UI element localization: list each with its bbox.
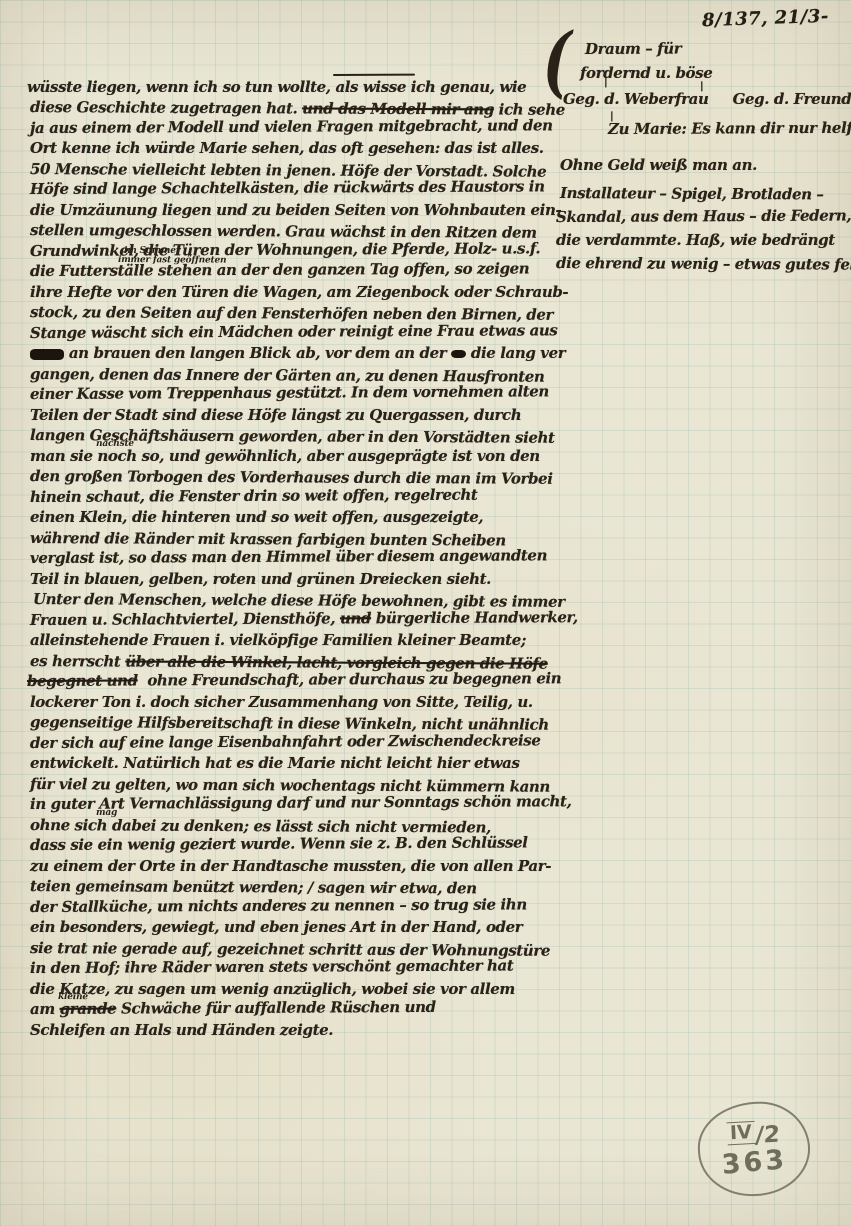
handwritten-line: einer Kasse vom Treppenhaus gestützt. In… — [30, 384, 549, 402]
text-run: fordernd u. böse — [580, 64, 712, 82]
text-run: teien gemeinsam benützt werden; / sagen … — [30, 877, 477, 897]
handwritten-line: die Umzäunung liegen und zu beiden Seite… — [30, 203, 561, 218]
handwritten-line: begegnet und ohne Freundschaft, aber dur… — [27, 671, 561, 689]
handwritten-line: den großen Torbogen des Vorderhauses dur… — [30, 469, 553, 487]
text-run: es herrscht — [30, 652, 125, 670]
text-run: die Futterställe stehen an der den ganze… — [30, 259, 529, 280]
handwritten-line: ja aus einem der Modell und vielen Frage… — [30, 118, 553, 136]
handwritten-line: Stange wäscht sich ein Mädchen oder rein… — [30, 323, 558, 341]
stamp-roman-numeral: IV — [726, 1120, 755, 1144]
text-run: bürgerliche Handwerker, — [371, 608, 578, 627]
text-run: ein besonders, gewiegt, und eben jenes A… — [30, 918, 522, 936]
handwritten-line: Frauen u. Schlachtviertel, Diensthöfe, u… — [30, 610, 578, 628]
struck-text: und das Modell mir ang — [302, 99, 494, 118]
struck-text: und — [340, 609, 371, 627]
handwritten-line: Teil in blauen, gelben, roten und grünen… — [30, 572, 491, 587]
text-run: einer Kasse vom Treppenhaus gestützt. In… — [30, 382, 549, 403]
handwritten-line: Schleifen an Hals und Händen zeigte. — [30, 1023, 333, 1038]
text-run: wüsste liegen, wenn ich so tun wollte, a… — [27, 78, 526, 96]
ink-blot — [451, 350, 466, 358]
handwritten-line: der sich auf eine lange Eisenbahnfahrt o… — [30, 733, 541, 751]
text-run: Höfe sind lange Schachtelkästen, die rüc… — [30, 177, 545, 198]
text-run: die ehrend zu wenig – etwas gutes fehlte… — [556, 254, 851, 274]
text-run: alleinstehende Frauen i. vielköpfige Fam… — [30, 631, 526, 649]
text-run: gegenseitige Hilfsbereitschaft in diese … — [30, 713, 549, 734]
text-run: Zu Marie: Es kann dir nur helfen. — [608, 119, 851, 138]
text-run: am — [30, 1000, 60, 1018]
handwritten-line: Höfe sind lange Schachtelkästen, die rüc… — [30, 179, 545, 197]
struck-text: grande — [60, 1000, 117, 1018]
text-run: an brauen den langen Blick ab, vor dem a… — [64, 344, 451, 362]
stamp-item-number: 363 — [721, 1144, 789, 1181]
handwritten-line: Unter den Menschen, welche diese Höfe be… — [33, 592, 565, 610]
text-run: diese Geschichte zugetragen hat. — [30, 98, 302, 117]
text-run: Skandal, aus dem Haus – die Federn, — [556, 206, 851, 226]
text-run: man sie noch so, und gewöhnlich, aber au… — [30, 447, 540, 465]
text-run: der Stallküche, um nichts anderes zu nen… — [30, 895, 527, 916]
text-run: Frauen u. Schlachtviertel, Diensthöfe, — [30, 609, 340, 629]
text-run: Schleifen an Hals und Händen zeigte. — [30, 1021, 333, 1039]
handwritten-line: ohne sich dabei zu denken; es lässt sich… — [30, 818, 491, 835]
text-run: stellen umgeschlossen werden. Grau wächs… — [30, 221, 537, 242]
text-run: die verdammte. Haß, wie bedrängt — [556, 231, 835, 249]
handwritten-line: zu einem der Orte in der Handtasche muss… — [30, 859, 551, 874]
text-run: ja aus einem der Modell und vielen Frage… — [30, 116, 553, 137]
stamp-suffix: /2 — [754, 1123, 780, 1147]
handwritten-line: Geg. d. Weberfrau Geg. d. Freunden — [563, 92, 851, 107]
handwritten-line: ein besonders, gewiegt, und eben jenes A… — [30, 920, 522, 935]
text-run: Ohne Geld weiß man an. — [560, 156, 757, 174]
pen-stroke — [333, 74, 415, 77]
text-run: Draum – für — [585, 39, 681, 58]
handwritten-line: Grundwinkel, die Türen der Wohnungen, di… — [30, 241, 540, 259]
ink-blot — [30, 349, 64, 360]
text-run: die lang ver — [466, 344, 565, 362]
handwritten-line: dass sie ein wenig geziert wurde. Wenn s… — [30, 835, 528, 853]
text-run: lockerer Ton i. doch sicher Zusammenhang… — [30, 693, 533, 711]
text-run: Teil in blauen, gelben, roten und grünen… — [30, 570, 491, 588]
handwritten-line: lockerer Ton i. doch sicher Zusammenhang… — [30, 695, 533, 710]
page-number: 8/137, 21/3- — [702, 6, 829, 31]
text-run: den großen Torbogen des Vorderhauses dur… — [30, 467, 553, 488]
text-run: die Umzäunung liegen und zu beiden Seite… — [30, 201, 561, 219]
text-run: entwickelt. Natürlich hat es die Marie n… — [30, 754, 520, 772]
text-run: in den Hof; ihre Räder waren stets versc… — [30, 956, 513, 977]
handwritten-line: hinein schaut, die Fenster drin so weit … — [30, 488, 478, 505]
handwritten-line: verglast ist, so dass man den Himmel übe… — [30, 548, 547, 566]
text-run: ohne Freundschaft, aber durchaus zu bege… — [138, 669, 562, 689]
handwritten-line: an brauen den langen Blick ab, vor dem a… — [30, 346, 565, 361]
text-run: Ort kenne ich würde Marie sehen, das oft… — [30, 139, 544, 157]
text-run: Schwäche für auffallende Rüschen und — [116, 998, 435, 1018]
handwritten-line: gegenseitige Hilfsbereitschaft in diese … — [30, 715, 549, 733]
handwritten-line: Ohne Geld weiß man an. — [560, 158, 757, 173]
archive-stamp: IV/2 363 — [696, 1099, 813, 1199]
handwritten-line: die ehrend zu wenig – etwas gutes fehlte… — [556, 256, 851, 273]
insertion-mark: | — [604, 78, 607, 88]
text-run: dass sie ein wenig geziert wurde. Wenn s… — [30, 833, 528, 854]
text-run: Teilen der Stadt sind diese Höfe längst … — [30, 406, 521, 424]
handwritten-line: Zu Marie: Es kann dir nur helfen. — [608, 121, 851, 137]
handwritten-line: Draum – für — [585, 41, 681, 57]
handwritten-line: die verdammte. Haß, wie bedrängt — [556, 233, 835, 248]
handwritten-line: entwickelt. Natürlich hat es die Marie n… — [30, 756, 520, 771]
text-run: Stange wäscht sich ein Mädchen oder rein… — [30, 321, 558, 342]
handwritten-line: Installateur – Spigel, Brotladen – — [560, 186, 824, 202]
handwritten-line: diese Geschichte zugetragen hat. und das… — [30, 100, 565, 118]
handwritten-line: alleinstehende Frauen i. vielköpfige Fam… — [30, 633, 526, 648]
text-run: Geg. d. Weberfrau Geg. d. Freunden — [563, 90, 851, 108]
handwritten-line: ihre Hefte vor den Türen die Wagen, am Z… — [30, 285, 568, 300]
handwritten-line: während die Ränder mit krassen farbigen … — [30, 531, 506, 548]
text-run: hinein schaut, die Fenster drin so weit … — [30, 486, 478, 506]
handwritten-line: Teilen der Stadt sind diese Höfe längst … — [30, 408, 521, 423]
text-run: ihre Hefte vor den Türen die Wagen, am Z… — [30, 283, 568, 301]
handwritten-line: die Futterställe stehen an der den ganze… — [30, 261, 529, 279]
handwritten-line: am grande Schwäche für auffallende Rüsch… — [30, 1000, 436, 1017]
text-run: die Katze, zu sagen um wenig anzüglich, … — [30, 980, 515, 998]
handwritten-line: Ort kenne ich würde Marie sehen, das oft… — [30, 141, 544, 156]
handwritten-line: der Stallküche, um nichts anderes zu nen… — [30, 897, 527, 915]
manuscript-page: 8/137, 21/3- ( wüsste liegen, wenn ich s… — [0, 0, 851, 1226]
handwritten-line: Skandal, aus dem Haus – die Federn, — [556, 208, 851, 225]
handwritten-line: fordernd u. böse — [580, 66, 712, 81]
text-run: einen Klein, die hinteren und so weit of… — [30, 508, 483, 526]
stamp-class-number: IV/2 — [726, 1119, 779, 1145]
handwritten-line: in den Hof; ihre Räder waren stets versc… — [30, 958, 513, 976]
handwritten-line: stock, zu den Seiten auf den Fensterhöfe… — [30, 305, 553, 323]
text-run: zu einem der Orte in der Handtasche muss… — [30, 857, 551, 875]
handwritten-line: stellen umgeschlossen werden. Grau wächs… — [30, 223, 537, 241]
text-run: | — [604, 77, 607, 88]
handwritten-line: teien gemeinsam benützt werden; / sagen … — [30, 879, 477, 896]
text-run: stock, zu den Seiten auf den Fensterhöfe… — [30, 303, 553, 324]
text-run: Grundwinkel, die Türen der Wohnungen, di… — [30, 239, 540, 260]
struck-text: begegnet und — [27, 671, 138, 690]
handwritten-line: wüsste liegen, wenn ich so tun wollte, a… — [27, 80, 526, 95]
text-run: verglast ist, so dass man den Himmel übe… — [30, 546, 547, 567]
handwritten-line: einen Klein, die hinteren und so weit of… — [30, 510, 483, 525]
text-run: Installateur – Spigel, Brotladen – — [560, 184, 824, 203]
handwritten-line: man sie noch so, und gewöhnlich, aber au… — [30, 449, 540, 464]
handwritten-line: die Katze, zu sagen um wenig anzüglich, … — [30, 982, 515, 997]
text-run: der sich auf eine lange Eisenbahnfahrt o… — [30, 731, 541, 752]
